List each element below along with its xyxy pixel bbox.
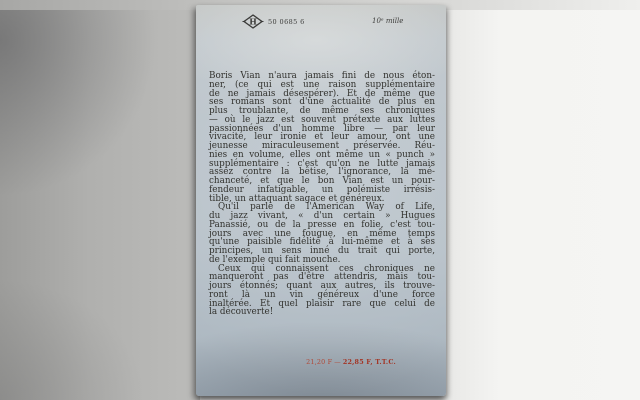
price-line: 21,20 F—22,85 F, T.T.C. [256,358,446,366]
price-ttc: 22,85 F, T.T.C. [343,358,396,366]
book-back-cover: H 50 0685 6 10ᵉ mille Boris Vian n'aura … [196,5,446,396]
back-cover-text: Boris Vian n'aura jamais fini de nous ét… [209,72,435,317]
paragraph: Boris Vian n'aura jamais fini de nous ét… [209,72,435,203]
publisher-logo-letter: H [249,16,257,26]
price-separator: — [332,358,343,366]
paragraph: Ceux qui connaissent ces chroniques nema… [209,265,435,318]
publisher-diamond-logo-icon: H [242,14,264,29]
edition-label: 10ᵉ mille [372,17,403,25]
publisher-code: 50 0685 6 [268,18,305,26]
price-regular: 21,20 F [306,358,332,366]
paragraph: Qu'il parle de l'American Way of Life,du… [209,203,435,264]
photo-backdrop-right [440,0,640,400]
text-line: la découverte! [209,308,435,317]
photo-backdrop-left [0,0,200,400]
